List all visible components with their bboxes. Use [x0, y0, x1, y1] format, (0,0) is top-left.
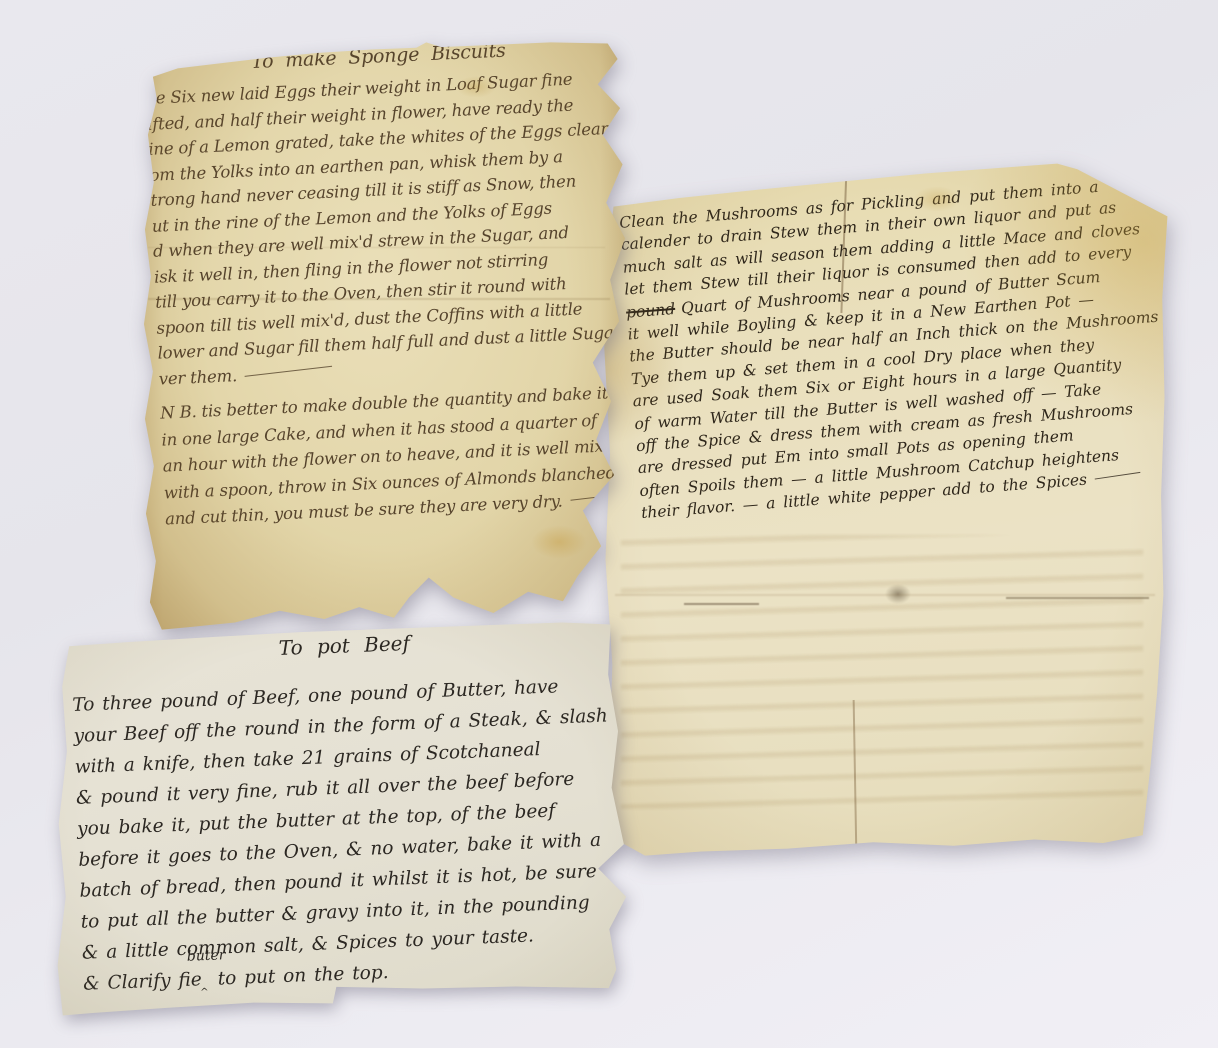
pen-flourish [245, 365, 333, 376]
manuscript-sponge-biscuits-paper: To make Sponge Biscuits ke Six new laid … [138, 40, 635, 632]
ink-dash-mark [1006, 597, 1150, 599]
manuscript-pot-beef-paper: To pot Beef To three pound of Beef, one … [50, 618, 632, 1022]
manuscript-sponge-biscuits-text: To make Sponge Biscuits ke Six new laid … [144, 33, 633, 533]
recipe-note-block: N B. tis better to make double the quant… [160, 379, 634, 533]
recipe-title: To pot Beef [70, 621, 619, 670]
ink-dash-mark [684, 603, 759, 605]
photo-scene: To Pot Mushrooms Clean the Mushrooms as … [0, 0, 1218, 1048]
pen-flourish [1095, 472, 1141, 480]
pen-flourish [570, 494, 616, 500]
stain [531, 525, 587, 559]
interlinear-insertion: buter^ [201, 966, 218, 985]
closing-post: to put on the top. [217, 962, 389, 990]
ink-blot [885, 584, 911, 604]
manuscript-pot-beef: To pot Beef To three pound of Beef, one … [50, 618, 632, 1022]
manuscript-pot-mushrooms: To Pot Mushrooms Clean the Mushrooms as … [598, 158, 1172, 862]
ink-bleedthrough [621, 535, 1143, 810]
manuscript-line-text: ver them. [158, 366, 237, 389]
manuscript-sponge-biscuits: To make Sponge Biscuits ke Six new laid … [138, 40, 635, 632]
insertion-caret: ^ [200, 976, 210, 1007]
manuscript-pot-mushrooms-paper: To Pot Mushrooms Clean the Mushrooms as … [598, 158, 1172, 862]
inserted-word: buter [186, 940, 226, 972]
paper-tear [853, 700, 857, 855]
manuscript-pot-beef-text: To pot Beef To three pound of Beef, one … [70, 621, 631, 1000]
closing-pre: & Clarify fie [83, 969, 202, 995]
manuscript-pot-mushrooms-text: To Pot Mushrooms Clean the Mushrooms as … [616, 138, 1181, 525]
